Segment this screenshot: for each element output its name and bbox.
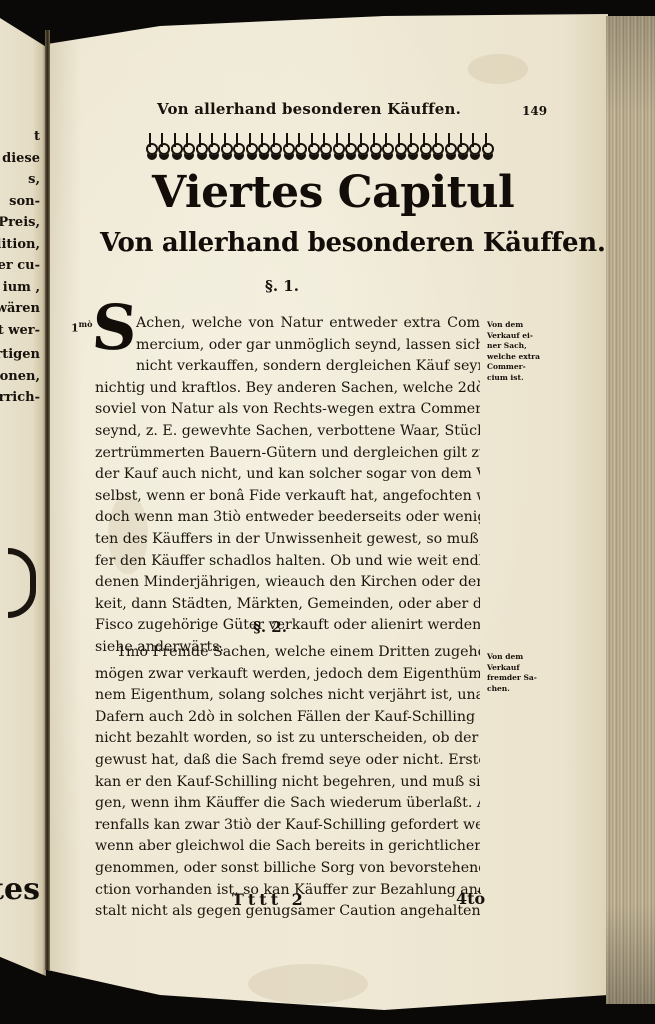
page-edges	[606, 16, 655, 1004]
margin-note-line: ner Sach,	[487, 341, 545, 352]
text-line: der Kauf auch nicht, und kan solcher sog…	[95, 464, 480, 486]
running-head: Von allerhand besonderen Käuffen.	[157, 100, 461, 118]
text-line: wenn aber gleichwol die Sach bereits in …	[95, 836, 480, 858]
text-line: renfalls kan zwar 3tiò der Kauf-Schillin…	[95, 815, 480, 837]
left-text-line: t wer-	[0, 320, 40, 342]
section-2-body: 1mò Fremde Sachen, welche einem Dritten …	[95, 642, 480, 923]
left-page-text-middle: ortigen rsonen, Errich-	[0, 344, 40, 409]
section-1-body: Achen, welche von Natur entweder extra C…	[95, 313, 480, 659]
text-line: keit, dann Städten, Märkten, Gemeinden, …	[95, 594, 480, 616]
page-number: 149	[522, 104, 547, 118]
margin-note-line: Von dem	[487, 652, 545, 663]
left-text-line: wären	[0, 298, 40, 320]
text-line: gen, wenn ihm Käuffer die Sach wiederum …	[95, 793, 480, 815]
left-text-line: er cu-	[0, 255, 40, 277]
text-line: selbst, wenn er bonâ Fide verkauft hat, …	[95, 486, 480, 508]
catchword: 4tò	[456, 889, 485, 908]
left-text-line: Preis,	[0, 212, 40, 234]
text-line: zertrümmerten Bauern-Gütern und dergleic…	[95, 443, 480, 465]
margin-note-line: welche extra	[487, 352, 545, 363]
ornament-rule-icon	[145, 133, 491, 161]
text-line: soviel von Natur als von Rechts-wegen ex…	[95, 399, 480, 421]
left-text-line: s, son-	[0, 169, 40, 212]
signature-mark: Tttt 2	[232, 890, 307, 909]
ordinal-suffix: mò	[79, 319, 93, 329]
left-text-line: ortigen	[0, 344, 40, 366]
left-text-line: t diese	[0, 126, 40, 169]
text-line: gewust hat, daß die Sach fremd seye oder…	[95, 750, 480, 772]
section-1-ordinal: 1mò	[71, 319, 92, 335]
text-line: kan er den Kauf-Schilling nicht begehren…	[95, 772, 480, 794]
text-line: denen Minderjährigen, wieauch den Kirche…	[95, 572, 480, 594]
left-page-bottom-word: iertes	[0, 872, 40, 907]
section-1-margin-note: Von dem Verkauf ei- ner Sach, welche ext…	[487, 320, 545, 383]
text-line: 1mò Fremde Sachen, welche einem Dritten …	[95, 642, 480, 664]
left-text-line: ium ,	[0, 277, 40, 299]
margin-note-line: Commer-	[487, 362, 545, 373]
left-page-fragment: t diese s, son- Preis, lition, er cu- iu…	[0, 18, 46, 976]
margin-note-line: chen.	[487, 684, 545, 695]
chapter-subtitle: Von allerhand besonderen Käuffen.	[100, 228, 606, 258]
margin-note-line: Von dem	[487, 320, 545, 331]
section-2-mark: §. 2.	[253, 618, 287, 636]
margin-note-line: cium ist.	[487, 373, 545, 384]
text-line: nicht bezahlt worden, so ist zu untersch…	[95, 728, 480, 750]
text-line: nem Eigenthum, solang solches nicht verj…	[95, 685, 480, 707]
text-line: nichtig und kraftlos. Bey anderen Sachen…	[95, 378, 480, 400]
left-text-line: Errich-	[0, 387, 40, 409]
text-line: mögen zwar verkauft werden, jedoch dem E…	[95, 664, 480, 686]
margin-note-line: Verkauf ei-	[487, 331, 545, 342]
text-line: nicht verkauffen, sondern dergleichen Kä…	[95, 356, 480, 378]
margin-note-line: Verkauf	[487, 663, 545, 674]
text-line: seynd, z. E. gewevhte Sachen, verbottene…	[95, 421, 480, 443]
book-gutter	[45, 30, 50, 970]
paper-stain	[248, 964, 368, 1004]
text-line: genommen, oder sonst billiche Sorg von b…	[95, 858, 480, 880]
text-line: Dafern auch 2dò in solchen Fällen der Ka…	[95, 707, 480, 729]
text-line: Fisco zugehörige Güter verkauft oder ali…	[95, 615, 480, 637]
text-line: mercium, oder gar unmöglich seynd, lasse…	[95, 335, 480, 357]
left-text-line: rsonen,	[0, 366, 40, 388]
section-2-margin-note: Von dem Verkauf fremder Sa- chen.	[487, 652, 545, 694]
text-line: fer den Käuffer schadlos halten. Ob und …	[95, 551, 480, 573]
section-1-mark: §. 1.	[265, 277, 299, 295]
left-text-line: lition,	[0, 234, 40, 256]
left-page-text-top: t diese s, son- Preis, lition, er cu- iu…	[0, 126, 40, 341]
text-line: ten des Käuffers in der Unwissenheit gew…	[95, 529, 480, 551]
margin-note-line: fremder Sa-	[487, 673, 545, 684]
left-ornament-icon	[8, 548, 36, 618]
text-line: Achen, welche von Natur entweder extra C…	[95, 313, 480, 335]
paper-stain	[468, 54, 528, 84]
ordinal-number: 1	[71, 322, 79, 335]
chapter-title: Viertes Capitul	[152, 167, 514, 218]
book-scan: t diese s, son- Preis, lition, er cu- iu…	[0, 0, 655, 1024]
text-line: doch wenn man 3tiò entweder beederseits …	[95, 507, 480, 529]
